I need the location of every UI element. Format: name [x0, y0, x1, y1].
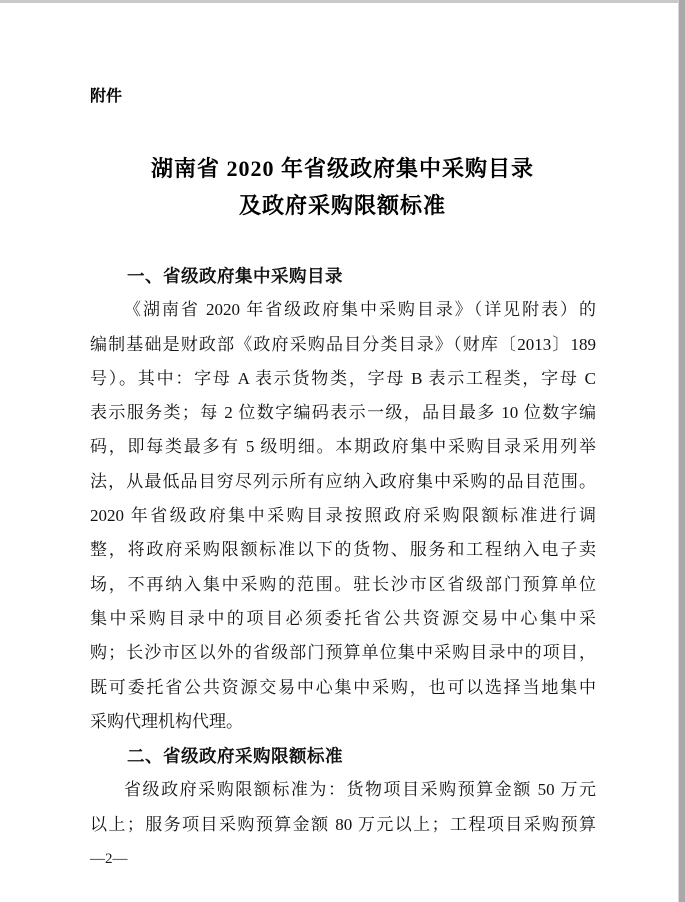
body-line: 表示服务类；每 2 位数字编码表示一级，品目最多 10 位数字编 [90, 396, 596, 430]
body-line: 整，将政府采购限额标准以下的货物、服务和工程纳入电子卖 [90, 533, 596, 567]
document-body: 一、省级政府集中采购目录 《湖南省 2020 年省级政府集中采购目录》（详见附表… [90, 259, 596, 842]
title-line-1: 湖南省 2020 年省级政府集中采购目录 [45, 150, 640, 187]
body-line: 码，即每类最多有 5 级明细。本期政府集中采购目录采用列举 [90, 430, 596, 464]
body-line: 采购代理机构代理。 [90, 705, 596, 739]
attachment-label: 附件 [90, 86, 122, 108]
body-line: 以上；服务项目采购预算金额 80 万元以上；工程项目采购预算 [90, 808, 596, 842]
page-right-edge-shadow [678, 0, 685, 902]
body-line: 既可委托省公共资源交易中心集中采购，也可以选择当地集中 [90, 671, 596, 705]
body-line: 2020 年省级政府集中采购目录按照政府采购限额标准进行调 [90, 499, 596, 533]
body-line: 编制基础是财政部《政府采购品目分类目录》（财库〔2013〕189 [90, 328, 596, 362]
page-number: —2— [90, 849, 128, 869]
body-line: 购；长沙市区以外的省级部门预算单位集中采购目录中的项目， [90, 636, 596, 670]
section2-heading: 二、省级政府采购限额标准 [90, 739, 596, 773]
page-top-edge [0, 0, 685, 3]
body-line: 集中采购目录中的项目必须委托省公共资源交易中心集中采 [90, 602, 596, 636]
body-line: 法，从最低品目穷尽列示所有应纳入政府集中采购的品目范围。 [90, 465, 596, 499]
section1-heading: 一、省级政府集中采购目录 [90, 259, 596, 293]
body-line: 省级政府采购限额标准为：货物项目采购预算金额 50 万元 [90, 773, 596, 807]
body-line: 号）。其中：字母 A 表示货物类，字母 B 表示工程类，字母 C [90, 362, 596, 396]
body-line: 场，不再纳入集中采购的范围。驻长沙市区省级部门预算单位 [90, 568, 596, 602]
document-title: 湖南省 2020 年省级政府集中采购目录 及政府采购限额标准 [45, 150, 640, 224]
title-line-2: 及政府采购限额标准 [45, 187, 640, 224]
document-page: 附件 湖南省 2020 年省级政府集中采购目录 及政府采购限额标准 一、省级政府… [0, 0, 685, 902]
body-line: 《湖南省 2020 年省级政府集中采购目录》（详见附表）的 [90, 293, 596, 327]
